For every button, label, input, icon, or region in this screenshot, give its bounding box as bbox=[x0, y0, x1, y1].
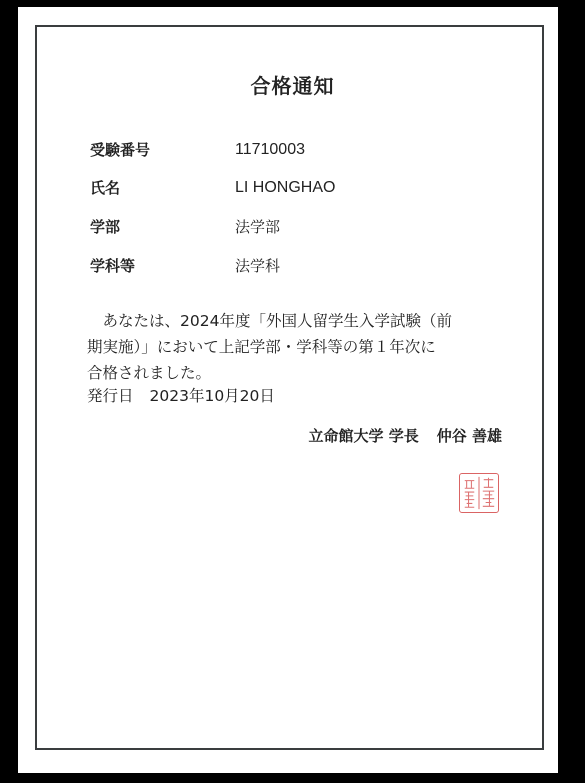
issue-date-line: 発行日2023年10月20日 bbox=[87, 384, 275, 406]
field-label: 氏名 bbox=[90, 178, 120, 198]
field-label: 学科等 bbox=[90, 256, 135, 276]
issue-date-label: 発行日 bbox=[87, 387, 134, 405]
signature-line: 立命館大学 学長仲谷 善雄 bbox=[309, 425, 502, 446]
field-name: 氏名 LI HONGHAO bbox=[90, 178, 490, 198]
field-exam-number: 受験番号 11710003 bbox=[90, 140, 490, 160]
statement-line: 合格されました。 bbox=[87, 360, 507, 386]
official-seal-icon bbox=[459, 473, 499, 513]
issue-date-value: 2023年10月20日 bbox=[150, 387, 275, 405]
field-value: 法学科 bbox=[235, 256, 280, 276]
acceptance-statement: あなたは、2024年度「外国人留学生入学試験（前 期実施）」において上記学部・学… bbox=[87, 308, 507, 386]
signatory-name: 仲谷 善雄 bbox=[437, 427, 502, 445]
field-department: 学科等 法学科 bbox=[90, 256, 490, 276]
field-value: 法学部 bbox=[235, 217, 280, 237]
field-faculty: 学部 法学部 bbox=[90, 217, 490, 237]
field-label: 学部 bbox=[90, 217, 120, 237]
statement-line: あなたは、2024年度「外国人留学生入学試験（前 bbox=[87, 308, 507, 334]
document-title: 合格通知 bbox=[0, 70, 585, 99]
field-value: LI HONGHAO bbox=[235, 178, 335, 198]
statement-line: 期実施）」において上記学部・学科等の第１年次に bbox=[87, 334, 507, 360]
field-value: 11710003 bbox=[235, 140, 305, 160]
field-label: 受験番号 bbox=[90, 140, 150, 160]
seal-glyph-icon bbox=[460, 474, 498, 512]
signatory-title: 立命館大学 学長 bbox=[309, 427, 419, 445]
